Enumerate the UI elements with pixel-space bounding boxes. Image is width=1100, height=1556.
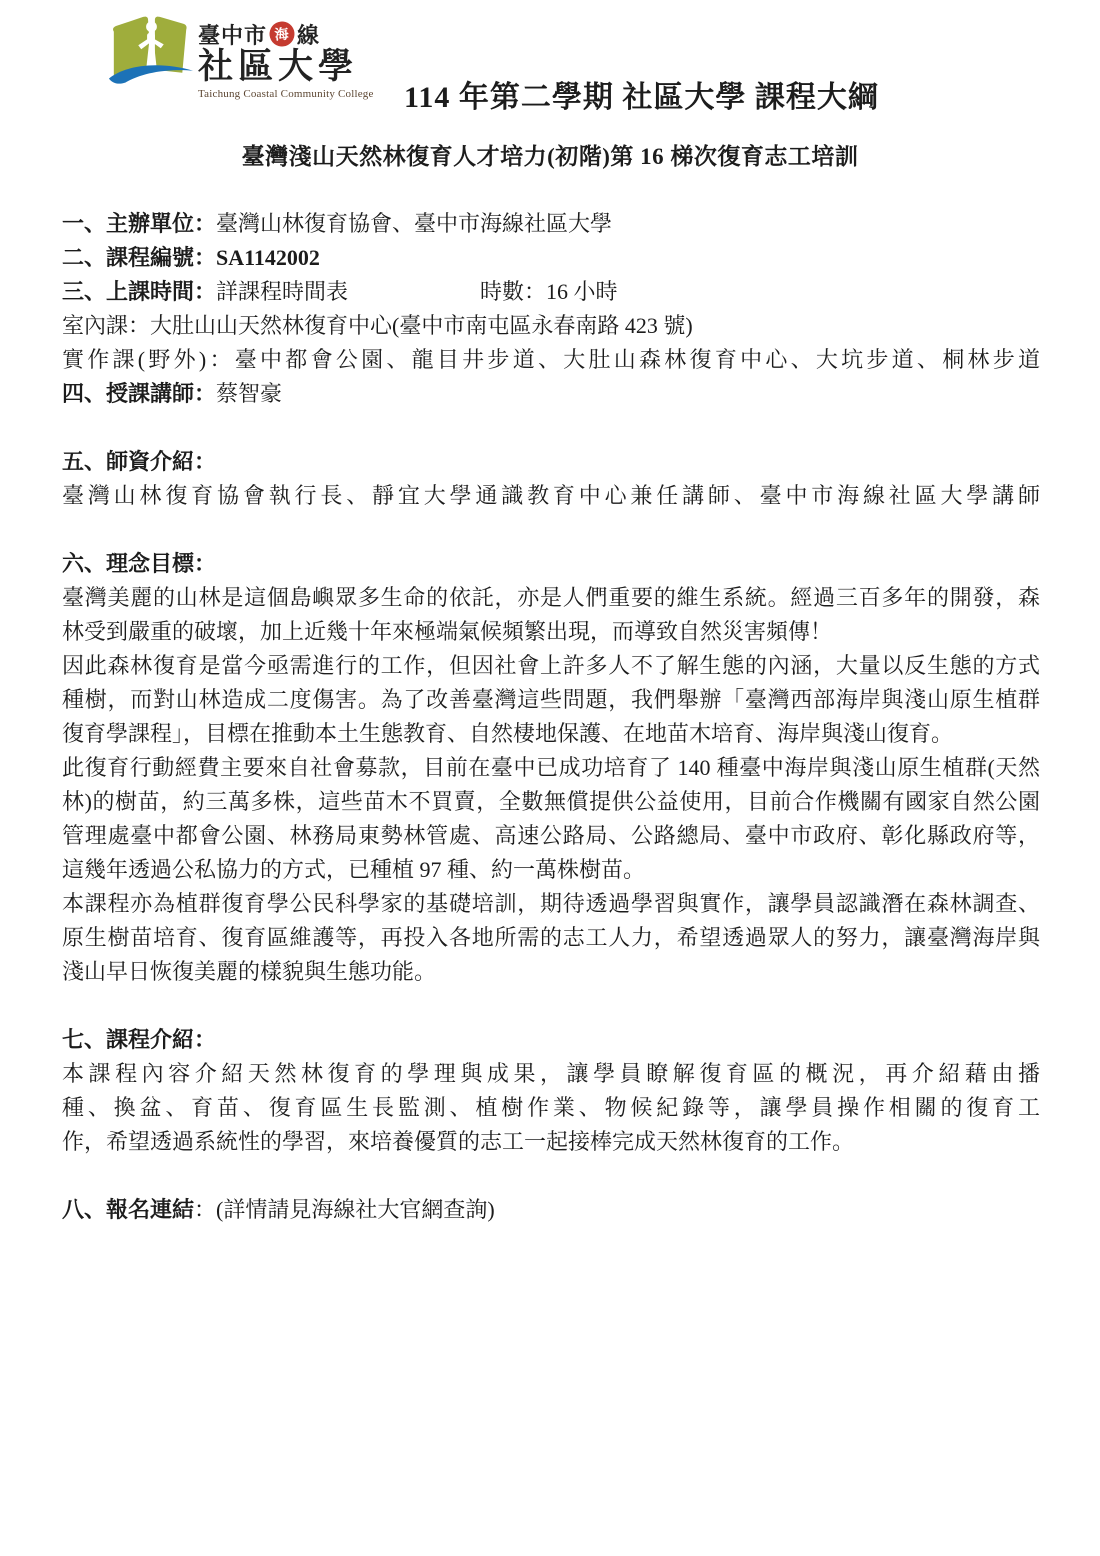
text-line: 淺山早日恢復美麗的樣貌與生態功能。 <box>62 955 1040 989</box>
field-value: 詳課程時間表 <box>216 279 348 304</box>
logo-region-prefix: 臺中市 <box>198 19 267 50</box>
blank-line <box>62 411 1040 445</box>
text-line: 種、換盆、育苗、復育區生長監測、植樹作業、物候紀錄等，讓學員操作相關的復育工 <box>62 1091 1040 1125</box>
field-line: 四、授課講師：蔡智豪 <box>62 377 1040 411</box>
text-line: 臺灣美麗的山林是這個島嶼眾多生命的依託，亦是人們重要的維生系統。經過三百多年的開… <box>62 581 1040 615</box>
text-line: 復育學課程」，目標在推動本土生態教育、自然棲地保護、在地苗木培育、海岸與淺山復育… <box>62 717 1040 751</box>
text-line: 原生樹苗培育、復育區維護等，再投入各地所需的志工人力，希望透過眾人的努力，讓臺灣… <box>62 921 1040 955</box>
logo-school-name: 社區大學 <box>198 49 374 86</box>
document-page: 臺中市 海 線 社區大學 Taichung Coastal Community … <box>0 0 1100 1556</box>
logo-english-name: Taichung Coastal Community College <box>198 88 374 100</box>
blank-line <box>62 989 1040 1023</box>
page-title: 114 年第二學期 社區大學 課程大綱 <box>404 72 879 116</box>
field-line: 八、報名連結：(詳情請見海線社大官網查詢) <box>62 1193 1040 1227</box>
section-heading: 七、課程介紹： <box>62 1023 1040 1057</box>
text-line: 本課程內容介紹天然林復育的學理與成果，讓學員瞭解復育區的概況，再介紹藉由播 <box>62 1057 1040 1091</box>
logo-seal-icon: 海 <box>268 20 297 49</box>
text-line: 種樹，而對山林造成二度傷害。為了改善臺灣這些問題，我們舉辦「臺灣西部海岸與淺山原… <box>62 683 1040 717</box>
field-extra: 時數：16 小時 <box>480 279 618 304</box>
text-line: 林受到嚴重的破壞，加上近幾十年來極端氣候頻繁出現，而導致自然災害頻傳！ <box>62 615 1040 649</box>
field-value: SA1142002 <box>216 245 320 270</box>
text-line: 因此森林復育是當今亟需進行的工作，但因社會上許多人不了解生態的內涵，大量以反生態… <box>62 649 1040 683</box>
college-logo: 臺中市 海 線 社區大學 Taichung Coastal Community … <box>106 14 374 104</box>
section-heading: 五、師資介紹： <box>62 445 1040 479</box>
field-line: 二、課程編號：SA1142002 <box>62 241 1040 275</box>
field-label: 一、主辦單位： <box>62 211 216 236</box>
field-label: 二、課程編號： <box>62 245 216 270</box>
logo-text-block: 臺中市 海 線 社區大學 Taichung Coastal Community … <box>198 14 374 100</box>
field-line: 三、上課時間：詳課程時間表時數：16 小時 <box>62 275 1040 309</box>
field-value: 臺灣山林復育協會、臺中市海線社區大學 <box>216 211 612 236</box>
text-line: 管理處臺中都會公園、林務局東勢林管處、高速公路局、公路總局、臺中市政府、彰化縣政… <box>62 819 1040 853</box>
field-line: 一、主辦單位：臺灣山林復育協會、臺中市海線社區大學 <box>62 207 1040 241</box>
logo-region-line: 臺中市 海 線 <box>198 20 374 48</box>
logo-seal-char: 海 <box>274 25 291 43</box>
text-line: 本課程亦為植群復育學公民科學家的基礎培訓，期待透過學習與實作，讓學員認識潛在森林… <box>62 887 1040 921</box>
field-label: 八、報名連結 <box>62 1197 194 1222</box>
text-line: 作，希望透過系統性的學習，來培養優質的志工一起接棒完成天然林復育的工作。 <box>62 1125 1040 1159</box>
field-value: 蔡智豪 <box>216 381 282 406</box>
course-title: 臺灣淺山天然林復育人才培力(初階)第 16 梯次復育志工培訓 <box>0 138 1100 171</box>
college-logo-mark <box>106 14 196 104</box>
field-label: 四、授課講師： <box>62 381 216 406</box>
logo-figure-head <box>146 21 157 32</box>
text-line: 此復育行動經費主要來自社會募款，目前在臺中已成功培育了 140 種臺中海岸與淺山… <box>62 751 1040 785</box>
text-line: 林)的樹苗，約三萬多株，這些苗木不買賣，全數無償提供公益使用，目前合作機關有國家… <box>62 785 1040 819</box>
blank-line <box>62 513 1040 547</box>
field-label: 三、上課時間： <box>62 279 216 304</box>
text-line: 這幾年透過公私協力的方式，已種植 97 種、約一萬株樹苗。 <box>62 853 1040 887</box>
blank-line <box>62 1159 1040 1193</box>
text-line: 實作課(野外)：臺中都會公園、龍目井步道、大肚山森林復育中心、大坑步道、桐林步道 <box>62 343 1040 377</box>
section-heading: 六、理念目標： <box>62 547 1040 581</box>
field-value: ：(詳情請見海線社大官網查詢) <box>194 1197 495 1222</box>
text-line: 臺灣山林復育協會執行長、靜宜大學通識教育中心兼任講師、臺中市海線社區大學講師 <box>62 479 1040 513</box>
logo-region-suffix: 線 <box>297 19 320 50</box>
text-line: 室內課：大肚山山天然林復育中心(臺中市南屯區永春南路 423 號) <box>62 309 1040 343</box>
document-body: 一、主辦單位：臺灣山林復育協會、臺中市海線社區大學二、課程編號：SA114200… <box>62 207 1040 1227</box>
